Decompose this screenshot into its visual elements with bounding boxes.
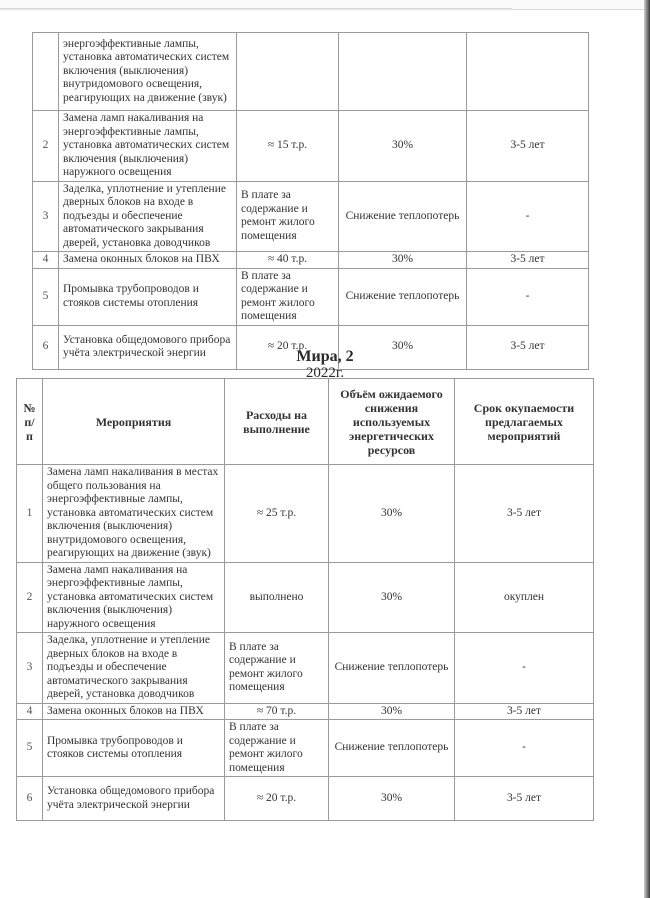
table-row: 5 Промывка трубопроводов и стояков систе…	[33, 268, 589, 325]
row-number: 3	[17, 633, 43, 704]
row-reduction: Снижение теплопотерь	[329, 720, 455, 777]
row-number: 2	[33, 111, 59, 182]
row-payback: 3-5 лет	[467, 111, 589, 182]
row-number: 5	[17, 720, 43, 777]
row-action: Замена ламп накаливания на энергоэффекти…	[59, 111, 237, 182]
row-action: Установка общедомового прибора учёта эле…	[43, 777, 225, 821]
row-reduction	[339, 33, 467, 111]
row-cost: В плате за содержание и ремонт жилого по…	[225, 720, 329, 777]
row-number: 6	[17, 777, 43, 821]
row-payback: -	[467, 181, 589, 252]
row-payback: 3-5 лет	[455, 777, 594, 821]
row-number: 4	[17, 703, 43, 720]
header-cost: Расходы на выполнение	[225, 379, 329, 465]
row-number: 5	[33, 268, 59, 325]
row-cost: выполнено	[225, 562, 329, 633]
row-action: Замена ламп накаливания в местах общего …	[43, 465, 225, 563]
row-number: 1	[17, 465, 43, 563]
row-payback: -	[455, 633, 594, 704]
row-cost: В плате за содержание и ремонт жилого по…	[237, 181, 339, 252]
row-action: Заделка, уплотнение и утепление дверных …	[59, 181, 237, 252]
row-number	[33, 33, 59, 111]
row-reduction: 30%	[329, 777, 455, 821]
row-cost: ≈ 20 т.р.	[225, 777, 329, 821]
row-reduction: 30%	[329, 703, 455, 720]
row-cost: ≈ 40 т.р.	[237, 252, 339, 269]
row-payback: -	[455, 720, 594, 777]
row-cost: ≈ 25 т.р.	[225, 465, 329, 563]
row-payback: -	[467, 268, 589, 325]
row-action: Замена оконных блоков на ПВХ	[59, 252, 237, 269]
table-row: 6 Установка общедомового прибора учёта э…	[17, 777, 594, 821]
row-payback	[467, 33, 589, 111]
header-reduction: Объём ожидаемого снижения используемых э…	[329, 379, 455, 465]
row-action: энергоэффективные лампы, установка автом…	[59, 33, 237, 111]
row-cost: В плате за содержание и ремонт жилого по…	[225, 633, 329, 704]
table-header-row: № п/п Мероприятия Расходы на выполнение …	[17, 379, 594, 465]
row-action: Заделка, уплотнение и утепление дверных …	[43, 633, 225, 704]
scan-shadow	[0, 8, 512, 11]
table-row: 4 Замена оконных блоков на ПВХ ≈ 40 т.р.…	[33, 252, 589, 269]
row-reduction: 30%	[339, 111, 467, 182]
row-reduction: 30%	[329, 465, 455, 563]
row-action: Замена оконных блоков на ПВХ	[43, 703, 225, 720]
table-row: 2 Замена ламп накаливания на энергоэффек…	[17, 562, 594, 633]
table-row: 3 Заделка, уплотнение и утепление дверны…	[17, 633, 594, 704]
row-reduction: 30%	[329, 562, 455, 633]
measures-table-mira-2: № п/п Мероприятия Расходы на выполнение …	[16, 378, 594, 821]
row-action: Замена ламп накаливания на энергоэффекти…	[43, 562, 225, 633]
section-title: Мира, 2	[0, 348, 650, 366]
row-cost: ≈ 70 т.р.	[225, 703, 329, 720]
table-row: 2 Замена ламп накаливания на энергоэффек…	[33, 111, 589, 182]
header-number: № п/п	[17, 379, 43, 465]
row-number: 3	[33, 181, 59, 252]
table-row: 5 Промывка трубопроводов и стояков систе…	[17, 720, 594, 777]
row-reduction: Снижение теплопотерь	[339, 181, 467, 252]
table-row: 1 Замена ламп накаливания в местах общег…	[17, 465, 594, 563]
row-payback: 3-5 лет	[467, 252, 589, 269]
row-action: Промывка трубопроводов и стояков системы…	[43, 720, 225, 777]
row-number: 4	[33, 252, 59, 269]
row-cost: ≈ 15 т.р.	[237, 111, 339, 182]
row-action: Промывка трубопроводов и стояков системы…	[59, 268, 237, 325]
measures-table-continued: энергоэффективные лампы, установка автом…	[32, 32, 589, 370]
row-cost: В плате за содержание и ремонт жилого по…	[237, 268, 339, 325]
row-payback: окуплен	[455, 562, 594, 633]
row-reduction: Снижение теплопотерь	[329, 633, 455, 704]
row-reduction: Снижение теплопотерь	[339, 268, 467, 325]
row-payback: 3-5 лет	[455, 703, 594, 720]
header-action: Мероприятия	[43, 379, 225, 465]
table-row: 4 Замена оконных блоков на ПВХ ≈ 70 т.р.…	[17, 703, 594, 720]
header-payback: Срок окупаемости предлагаемых мероприяти…	[455, 379, 594, 465]
row-number: 2	[17, 562, 43, 633]
row-cost	[237, 33, 339, 111]
row-reduction: 30%	[339, 252, 467, 269]
page-right-edge	[644, 0, 650, 898]
table-row: энергоэффективные лампы, установка автом…	[33, 33, 589, 111]
row-payback: 3-5 лет	[455, 465, 594, 563]
table-row: 3 Заделка, уплотнение и утепление дверны…	[33, 181, 589, 252]
